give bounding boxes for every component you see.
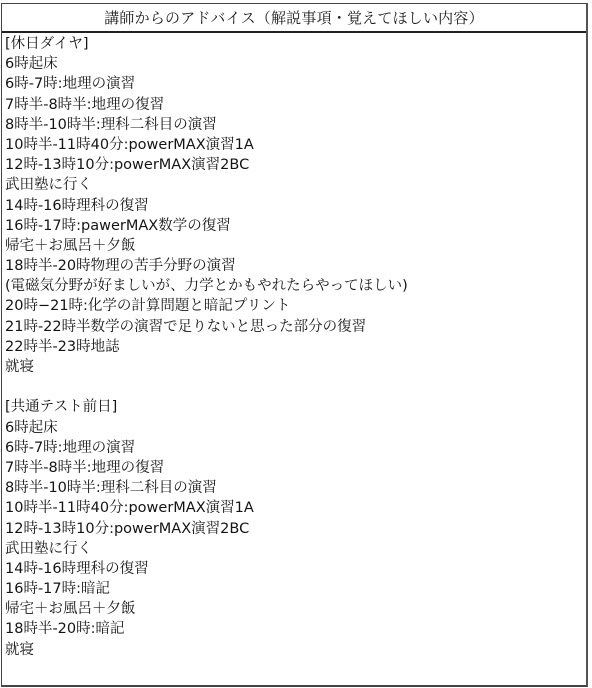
schedule-line: 12時-13時10分:powerMAX演習2BC [5, 155, 586, 175]
schedule-line: 武田塾に行く [5, 539, 586, 559]
schedule-line: 帰宅＋お風呂＋夕飯 [5, 236, 586, 256]
schedule-line: 武田塾に行く [5, 175, 586, 195]
schedule-line: 就寝 [5, 640, 586, 660]
section-heading-holiday: [休日ダイヤ] [5, 34, 586, 54]
schedule-line: 6時起床 [5, 418, 586, 438]
schedule-line: 16時-17時:暗記 [5, 579, 586, 599]
schedule-line: 14時-16時理科の復習 [5, 559, 586, 579]
schedule-line: 6時-7時:地理の演習 [5, 438, 586, 458]
schedule-line: 7時半-8時半:地理の復習 [5, 458, 586, 478]
schedule-line: 18時半-20時物理の苦手分野の演習 [5, 256, 586, 276]
schedule-line: 22時半-23時地誌 [5, 337, 586, 357]
schedule-line: 16時-17時:pawerMAX数学の復習 [5, 216, 586, 236]
schedule-line: 10時半-11時40分:powerMAX演習1A [5, 498, 586, 518]
schedule-line: 7時半-8時半:地理の復習 [5, 95, 586, 115]
advice-table: 講師からのアドバイス（解説事項・覚えてほしい内容） [休日ダイヤ] 6時起床 6… [1, 3, 588, 687]
section-spacer [5, 377, 586, 397]
schedule-line: 8時半-10時半:理科二科目の演習 [5, 478, 586, 498]
schedule-line: 就寝 [5, 357, 586, 377]
schedule-line: 6時起床 [5, 54, 586, 74]
schedule-line: (電磁気分野が好ましいが、力学とかもやれたらやってほしい) [5, 276, 586, 296]
section-heading-test-eve: [共通テスト前日] [5, 397, 586, 417]
schedule-line: 12時-13時10分:powerMAX演習2BC [5, 519, 586, 539]
advice-body: [休日ダイヤ] 6時起床 6時-7時:地理の演習 7時半-8時半:地理の復習 8… [2, 33, 586, 660]
schedule-line: 6時-7時:地理の演習 [5, 74, 586, 94]
advice-title: 講師からのアドバイス（解説事項・覚えてほしい内容） [104, 7, 484, 28]
schedule-line: 10時半-11時40分:powerMAX演習1A [5, 135, 586, 155]
advice-header: 講師からのアドバイス（解説事項・覚えてほしい内容） [2, 4, 586, 33]
schedule-line: 20時−21時:化学の計算問題と暗記プリント [5, 296, 586, 316]
schedule-line: 14時-16時理科の復習 [5, 196, 586, 216]
schedule-line: 21時-22時半数学の演習で足りないと思った部分の復習 [5, 317, 586, 337]
schedule-line: 8時半-10時半:理科二科目の演習 [5, 115, 586, 135]
schedule-line: 帰宅＋お風呂＋夕飯 [5, 599, 586, 619]
schedule-line: 18時半-20時:暗記 [5, 619, 586, 639]
